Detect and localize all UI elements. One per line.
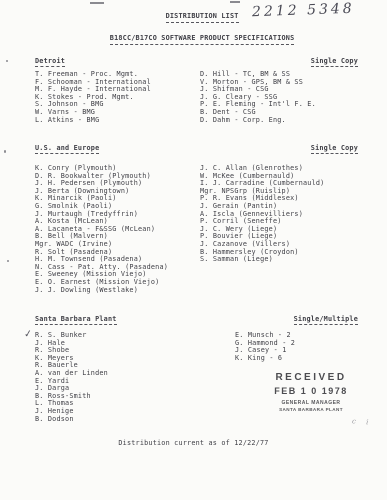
stamp-received-text: RECEIVED	[250, 372, 372, 383]
scanned-distribution-list-page: DISTRIBUTION LIST 2212 5348 B18CC/B17CO …	[0, 0, 387, 500]
list-item: S. Samman (Liege)	[200, 256, 324, 264]
santa-barbara-right-list: E. Munsch - 2G. Hammond - 2J. Casey - 1K…	[235, 332, 295, 362]
list-item: D. Dahm - Corp. Eng.	[200, 117, 316, 125]
detroit-left-list: T. Freeman - Proc. Mgmt.F. Schooman - In…	[35, 71, 151, 124]
section-heading-us-europe: U.S. and Europe	[35, 144, 99, 154]
list-item: J. J. Dowling (Westlake)	[35, 287, 168, 295]
us-europe-right-list: J. C. Allan (Glenrothes)W. McKee (Cumber…	[200, 165, 324, 264]
scan-speck	[90, 2, 104, 4]
stamp-location: SANTA BARBARA PLANT	[250, 407, 372, 412]
page-subtitle: B18CC/B17CO SOFTWARE PRODUCT SPECIFICATI…	[0, 27, 387, 53]
scan-speck	[7, 260, 9, 262]
pencil-note: c i	[352, 417, 373, 426]
list-item: K. King - 6	[235, 355, 295, 363]
handwritten-checkmark: ✓	[23, 328, 33, 340]
received-stamp: RECEIVED FEB 1 0 1978 GENERAL MANAGER SA…	[250, 372, 372, 412]
detroit-right-list: D. Hill - TC, BM & SSV. Morton - GPS, BM…	[200, 71, 316, 124]
footer-note: Distribution current as of 12/22/77	[0, 440, 387, 448]
copy-label-santa-barbara: Single/Multiple	[270, 315, 358, 325]
scan-speck	[4, 150, 6, 153]
santa-barbara-left-list: R. S. BunkerJ. HaleR. ShobeK. MeyersR. B…	[35, 332, 108, 423]
copy-label-us-europe: Single Copy	[280, 144, 358, 154]
us-europe-left-list: K. Conry (Plymouth)D. R. Bookwalter (Ply…	[35, 165, 168, 294]
copy-label-detroit: Single Copy	[280, 57, 358, 67]
section-heading-santa-barbara: Santa Barbara Plant	[35, 315, 117, 325]
scan-speck	[6, 60, 8, 62]
list-item: B. Dodson	[35, 416, 108, 424]
section-heading-detroit: Detroit	[35, 57, 65, 67]
stamp-office: GENERAL MANAGER	[250, 400, 372, 406]
scan-speck	[230, 1, 240, 3]
stamp-date: FEB 1 0 1978	[250, 386, 372, 396]
list-item: L. Atkins - BMG	[35, 117, 151, 125]
